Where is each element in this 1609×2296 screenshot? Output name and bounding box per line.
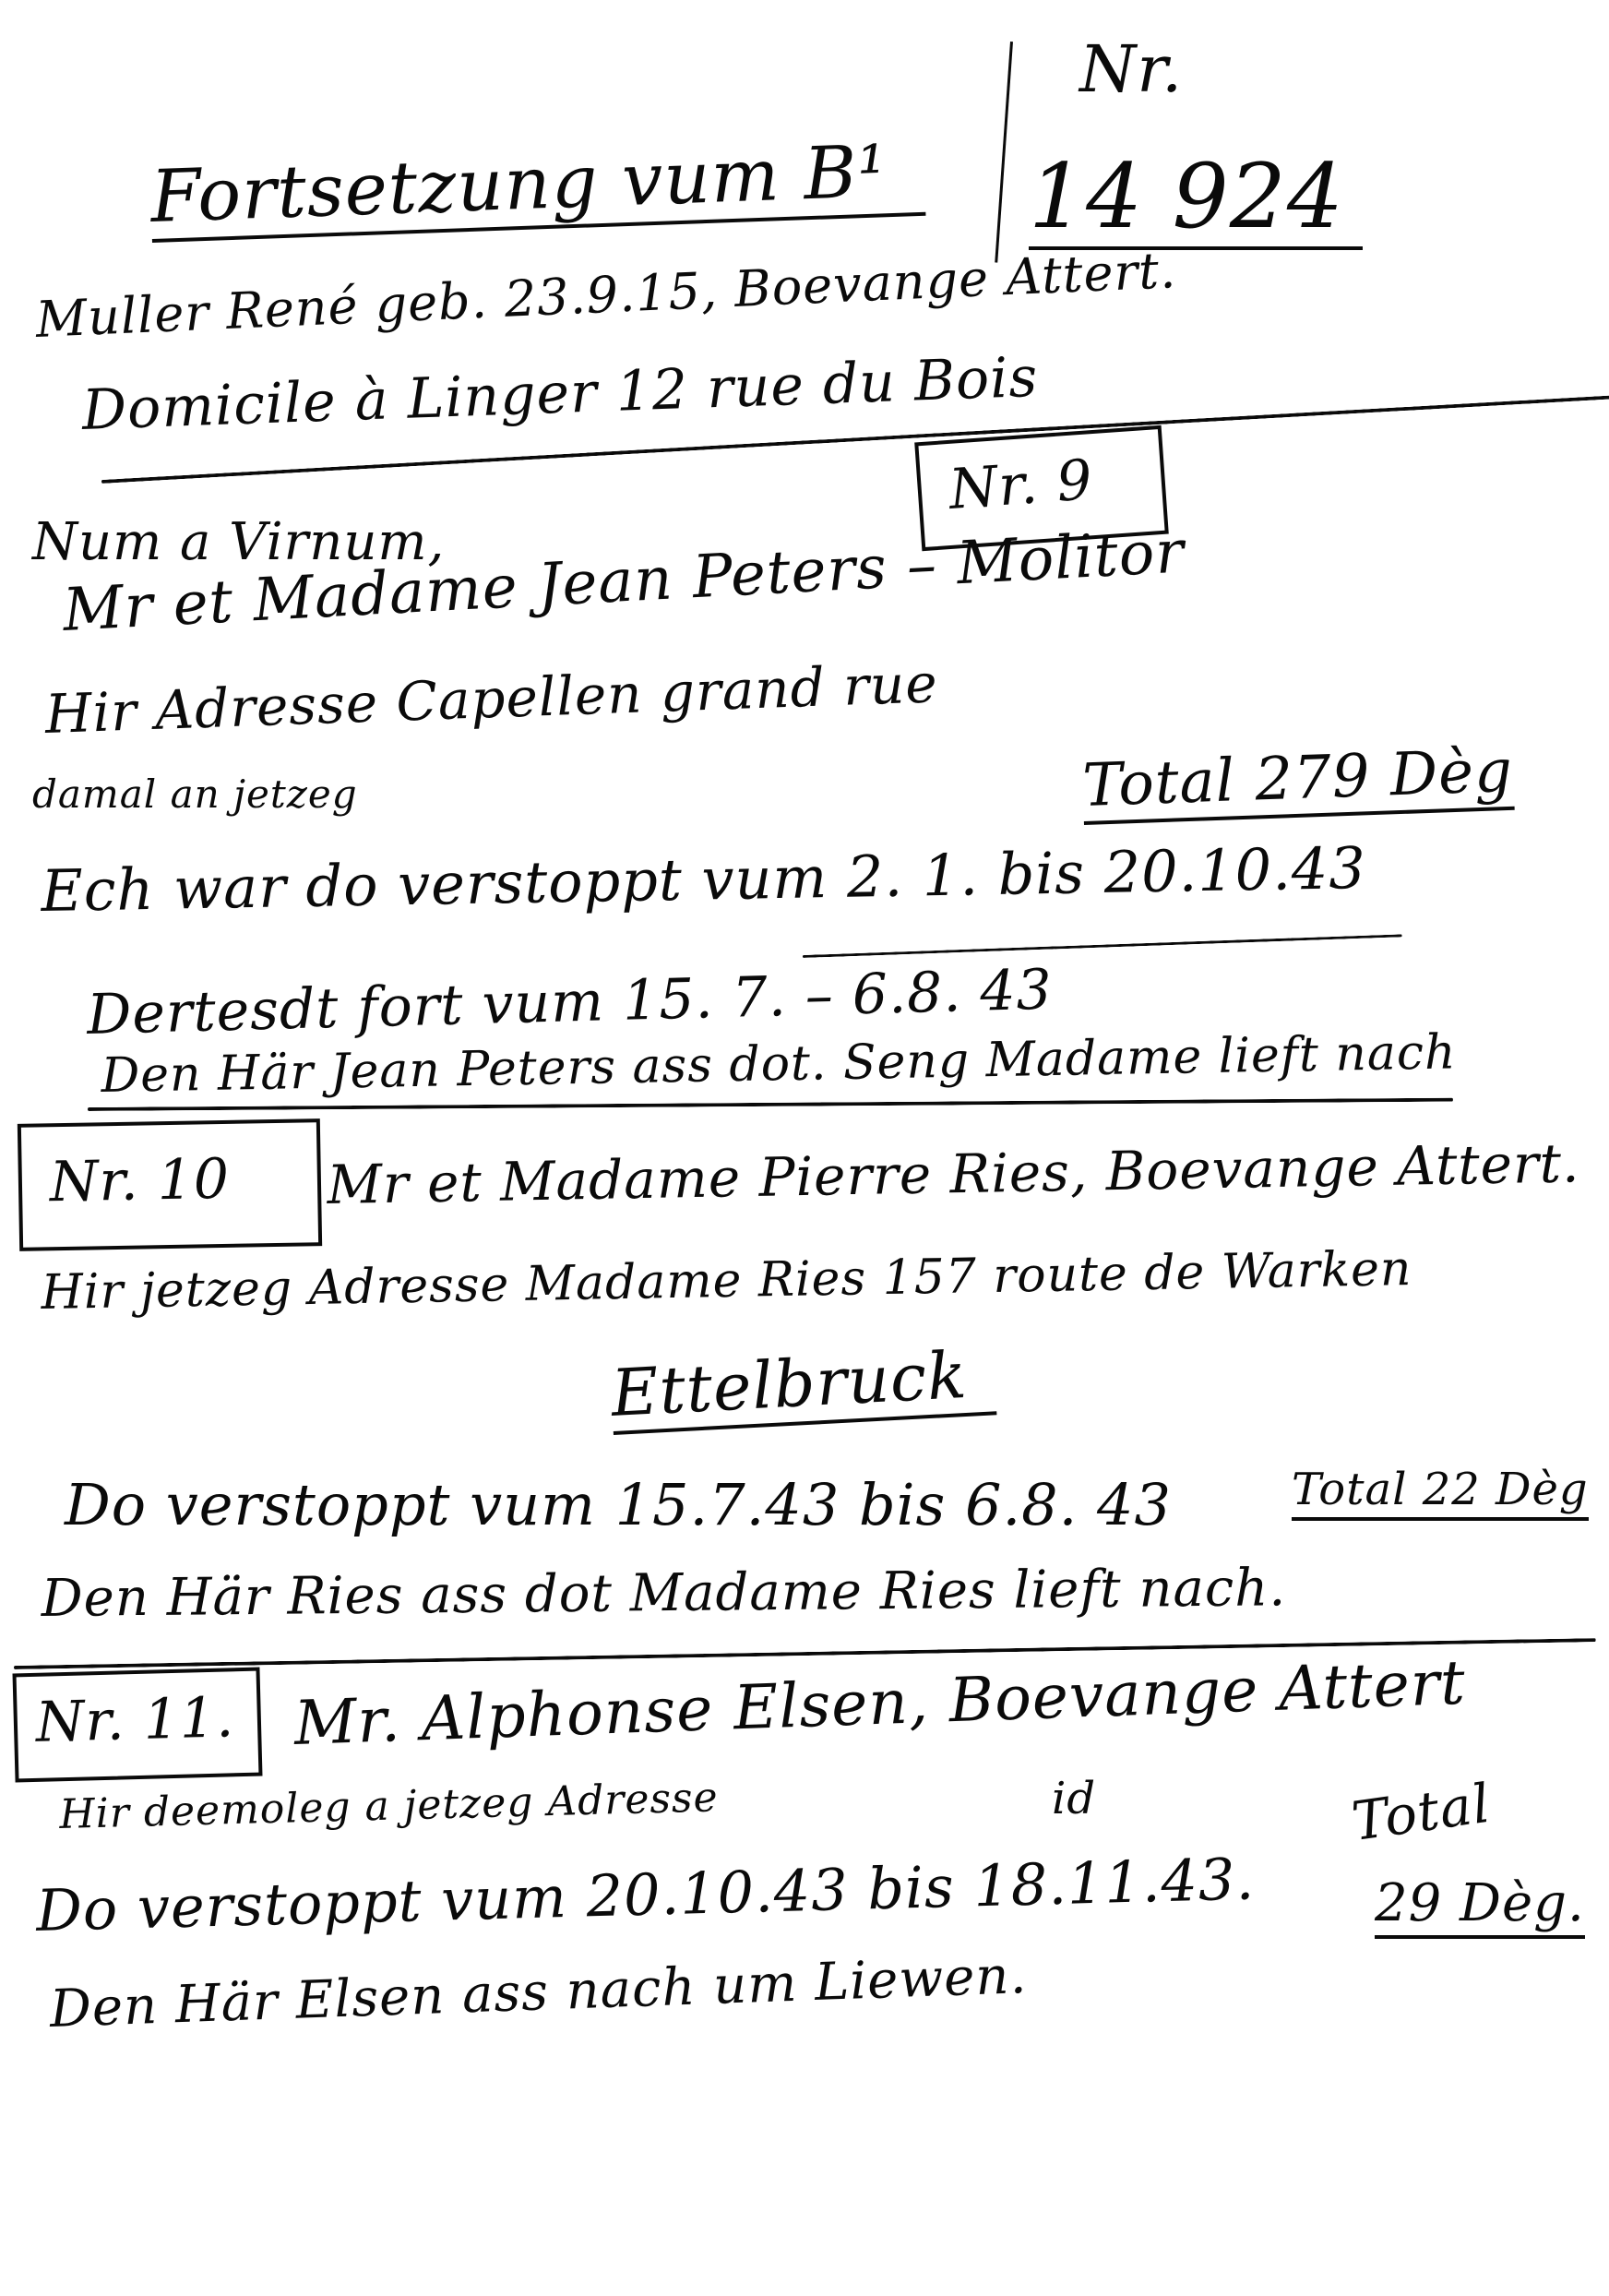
entry-number-11: Nr. 11. bbox=[35, 1690, 235, 1751]
entry-9-address-note: damal an jetzeg bbox=[32, 775, 358, 814]
entry-9-period-underline bbox=[803, 934, 1402, 958]
entry-11-address-id: id bbox=[1052, 1776, 1096, 1821]
person-line-1: Muller René geb. 23.9.15, Boevange Atter… bbox=[35, 245, 1178, 345]
entry-10-line-1: Mr et Madame Pierre Ries, Boevange Atter… bbox=[327, 1136, 1580, 1212]
header-divider bbox=[995, 42, 1013, 263]
person-line-2: Domicile à Linger 12 rue du Bois bbox=[81, 350, 1039, 438]
entry-11-address: Hir deemoleg a jetzeg Adresse bbox=[59, 1777, 719, 1836]
entry-number-box-11: Nr. 11. bbox=[13, 1668, 263, 1783]
entry-11-line-1: Mr. Alphonse Elsen, Boevange Attert bbox=[293, 1653, 1467, 1754]
entry-9-total: Total 279 Dèg bbox=[1081, 742, 1514, 825]
document-title: Fortsetzung vum B¹ bbox=[149, 135, 925, 243]
entry-10-status: Den Här Ries ass dot Madame Ries lieft n… bbox=[42, 1562, 1287, 1625]
handwritten-document-page: Fortsetzung vum B¹ Nr. 14 924 Muller Ren… bbox=[0, 0, 1609, 2296]
entry-number-box-10: Nr. 10 bbox=[18, 1118, 322, 1251]
entry-11-status: Den Här Elsen ass nach um Liewen. bbox=[49, 1950, 1028, 2036]
entry-11-total-value: 29 Dèg. bbox=[1375, 1878, 1585, 1939]
entry-number-10: Nr. 10 bbox=[49, 1152, 230, 1210]
document-number: 14 924 bbox=[1029, 152, 1363, 250]
entry-10-town: Ettelbruck bbox=[610, 1341, 997, 1435]
number-label: Nr. bbox=[1079, 37, 1183, 102]
entry-10-address: Hir jetzeg Adresse Madame Ries 157 route… bbox=[41, 1245, 1412, 1317]
entry-9-note-period: Dertesdt fort vum 15. 7. – 6.8. 43 bbox=[86, 963, 1053, 1043]
entry-9-period: Ech war do verstoppt vum 2. 1. bis 20.10… bbox=[41, 840, 1366, 920]
entry-10-period: Do verstoppt vum 15.7.43 bis 6.8. 43 bbox=[65, 1477, 1172, 1534]
entry-11-total-label: Total bbox=[1349, 1776, 1494, 1848]
entry-9-address: Hir Adresse Capellen grand rue bbox=[44, 656, 938, 741]
entry-10-total: Total 22 Dèg bbox=[1292, 1467, 1589, 1521]
entry-11-period: Do verstoppt vum 20.10.43 bis 18.11.43. bbox=[35, 1850, 1255, 1940]
entry-number-9: Nr. 9 bbox=[948, 452, 1095, 518]
